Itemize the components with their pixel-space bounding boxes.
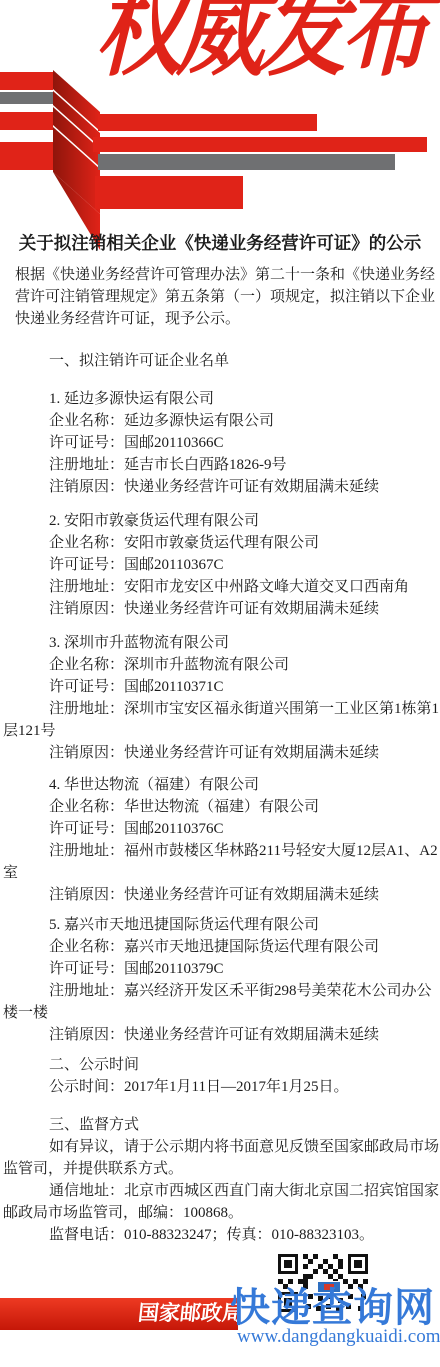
doc-line: 企业名称：深圳市升蓝物流有限公司 [3,654,440,676]
doc-line: 许可证号：国邮20110367C [3,554,440,576]
doc-line: 注册地址：福州市鼓楼区华林路211号轻安大厦12层A1、A2 [3,840,440,862]
agency-name: 国家邮政局 [136,1298,238,1330]
document-title: 关于拟注销相关企业《快递业务经营许可证》的公示 [0,230,440,256]
doc-line: 4. 华世达物流（福建）有限公司 [3,774,440,796]
supervision-phone-line: 监督电话：010-88323247；传真：010-88323103。 [3,1224,440,1246]
doc-line: 注销原因：快递业务经营许可证有效期届满未延续 [3,476,440,498]
intro-line: 快递业务经营许可证，现予公示。 [15,308,430,330]
intro-line: 营许可注销管理规定》第五条第（一）项规定，拟注销以下企业 [15,286,430,308]
doc-line: 许可证号：国邮20110379C [3,958,440,980]
doc-line: 许可证号：国邮20110371C [3,676,440,698]
header-banner-art: 权威发布 [0,0,440,250]
watermark-site-url: www.dangdangkuaidi.com [237,1327,440,1346]
doc-line: 注册地址：安阳市龙安区中州路文峰大道交叉口西南角 [3,576,440,598]
entry-4: 4. 华世达物流（福建）有限公司 企业名称：华世达物流（福建）有限公司 许可证号… [0,774,440,906]
document-body: 关于拟注销相关企业《快递业务经营许可证》的公示 根据《快递业务经营许可管理办法》… [0,230,440,1246]
section-2-heading: 二、公示时间 [3,1054,440,1076]
entry-5: 5. 嘉兴市天地迅捷国际货运代理有限公司 企业名称：嘉兴市天地迅捷国际货运代理有… [0,914,440,1046]
entry-3: 3. 深圳市升蓝物流有限公司 企业名称：深圳市升蓝物流有限公司 许可证号：国邮2… [0,632,440,764]
intro-line: 根据《快递业务经营许可管理办法》第二十一条和《快递业务经 [15,264,430,286]
section-1-heading: 一、拟注销许可证企业名单 [3,350,440,372]
doc-line: 企业名称：安阳市敦豪货运代理有限公司 [3,532,440,554]
doc-line: 层121号 [3,720,440,742]
doc-line: 5. 嘉兴市天地迅捷国际货运代理有限公司 [3,914,440,936]
doc-line: 注销原因：快递业务经营许可证有效期届满未延续 [3,598,440,620]
watermark-site-name: 快递查询网 [230,1288,435,1328]
doc-line: 注册地址：延吉市长白西路1826-9号 [3,454,440,476]
doc-line: 室 [3,862,440,884]
doc-line: 邮政局市场监管司，邮编：100868。 [3,1202,440,1224]
doc-line: 企业名称：华世达物流（福建）有限公司 [3,796,440,818]
doc-line: 楼一楼 [3,1002,440,1024]
entry-2: 2. 安阳市敦豪货运代理有限公司 企业名称：安阳市敦豪货运代理有限公司 许可证号… [0,510,440,620]
header-slogan: 权威发布 [90,0,440,82]
entry-1: 1. 延边多源快运有限公司 企业名称：延边多源快运有限公司 许可证号：国邮201… [0,388,440,498]
doc-line: 注销原因：快递业务经营许可证有效期届满未延续 [3,884,440,906]
doc-line: 监管司，并提供联系方式。 [3,1158,440,1180]
doc-line: 注销原因：快递业务经营许可证有效期届满未延续 [3,742,440,764]
doc-line: 注册地址：深圳市宝安区福永街道兴围第一工业区第1栋第1 [3,698,440,720]
footer-banner: 国家邮政局 [0,1298,238,1330]
doc-line: 3. 深圳市升蓝物流有限公司 [3,632,440,654]
doc-line: 如有异议，请于公示期内将书面意见反馈至国家邮政局市场 [3,1136,440,1158]
doc-line: 企业名称：延边多源快运有限公司 [3,410,440,432]
section-3-heading: 三、监督方式 [3,1114,440,1136]
doc-line: 通信地址：北京市西城区西直门南大街北京国二招宾馆国家 [3,1180,440,1202]
publicity-period-line: 公示时间：2017年1月11日—2017年1月25日。 [3,1076,440,1098]
doc-line: 注册地址：嘉兴经济开发区禾平街298号美荣花木公司办公 [3,980,440,1002]
doc-line: 1. 延边多源快运有限公司 [3,388,440,410]
doc-line: 注销原因：快递业务经营许可证有效期届满未延续 [3,1024,440,1046]
doc-line: 企业名称：嘉兴市天地迅捷国际货运代理有限公司 [3,936,440,958]
doc-line: 2. 安阳市敦豪货运代理有限公司 [3,510,440,532]
announcement-page: 权威发布 关于拟注销相关企业《快递业务经营许可证》的公示 根据《快递业务经营许可… [0,0,440,1367]
doc-line: 许可证号：国邮20110366C [3,432,440,454]
doc-line: 许可证号：国邮20110376C [3,818,440,840]
